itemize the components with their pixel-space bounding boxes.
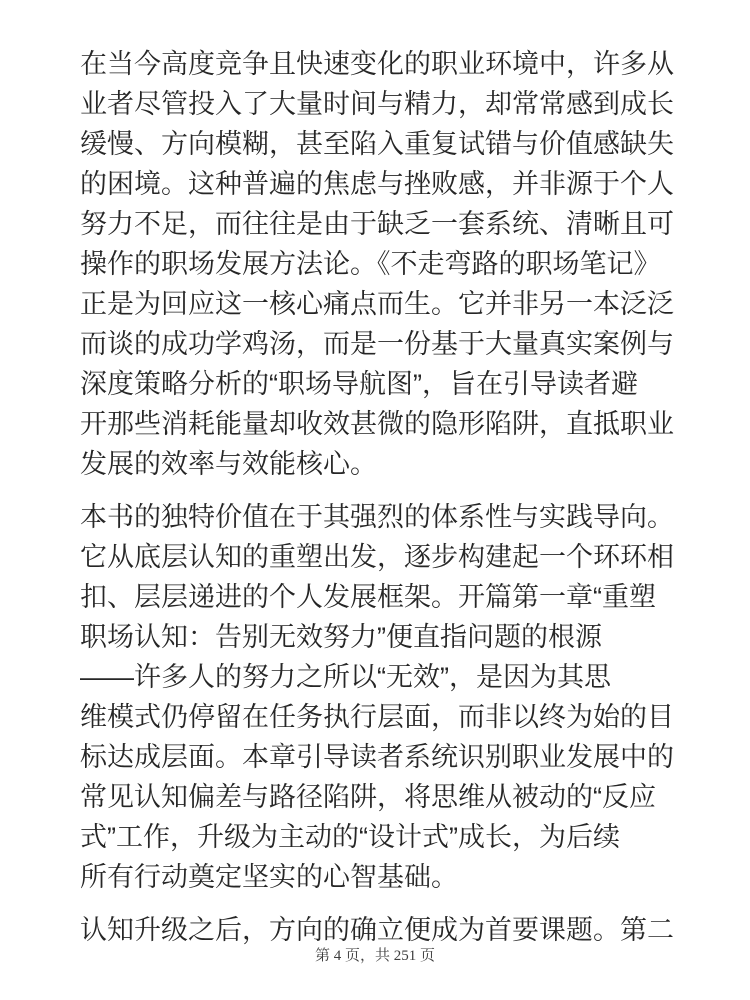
page-number-indicator: 第 4 页，共 251 页 — [0, 946, 750, 966]
paragraph-3: 认知升级之后，方向的确立便成为首要课题。第二 — [80, 910, 676, 950]
text-line: 业者尽管投入了大量时间与精力，却常常感到成长 — [80, 84, 676, 124]
paragraph-2: 本书的独特价值在于其强烈的体系性与实践导向。 它从底层认知的重塑出发，逐步构建起… — [80, 497, 676, 897]
text-line: 它从底层认知的重塑出发，逐步构建起一个环环相 — [80, 537, 676, 577]
text-line: 职场认知：告别无效努力”便直指问题的根源 — [80, 617, 676, 657]
text-line: 所有行动奠定坚实的心智基础。 — [80, 857, 676, 897]
text-line: 操作的职场发展方法论。《不走弯路的职场笔记》 — [80, 244, 676, 284]
text-line: 缓慢、方向模糊，甚至陷入重复试错与价值感缺失 — [80, 124, 676, 164]
text-line: 标达成层面。本章引导读者系统识别职业发展中的 — [80, 737, 676, 777]
text-line: 深度策略分析的“职场导航图”，旨在引导读者避 — [80, 364, 676, 404]
text-line: 认知升级之后，方向的确立便成为首要课题。第二 — [80, 910, 676, 950]
text-line: 式”工作，升级为主动的“设计式”成长，为后续 — [80, 817, 676, 857]
document-body: 在当今高度竞争且快速变化的职业环境中，许多从 业者尽管投入了大量时间与精力，却常… — [80, 44, 676, 963]
text-line: 在当今高度竞争且快速变化的职业环境中，许多从 — [80, 44, 676, 84]
text-line: 发展的效率与效能核心。 — [80, 444, 676, 484]
text-line: 开那些消耗能量却收效甚微的隐形陷阱，直抵职业 — [80, 404, 676, 444]
text-line: 而谈的成功学鸡汤，而是一份基于大量真实案例与 — [80, 324, 676, 364]
document-page: 在当今高度竞争且快速变化的职业环境中，许多从 业者尽管投入了大量时间与精力，却常… — [0, 0, 750, 1000]
text-line: 的困境。这种普遍的焦虑与挫败感，并非源于个人 — [80, 164, 676, 204]
text-line: 维模式仍停留在任务执行层面，而非以终为始的目 — [80, 697, 676, 737]
text-line: 正是为回应这一核心痛点而生。它并非另一本泛泛 — [80, 284, 676, 324]
paragraph-1: 在当今高度竞争且快速变化的职业环境中，许多从 业者尽管投入了大量时间与精力，却常… — [80, 44, 676, 484]
text-line: ——许多人的努力之所以“无效”，是因为其思 — [80, 657, 676, 697]
text-line: 常见认知偏差与路径陷阱，将思维从被动的“反应 — [80, 777, 676, 817]
text-line: 本书的独特价值在于其强烈的体系性与实践导向。 — [80, 497, 676, 537]
text-line: 努力不足，而往往是由于缺乏一套系统、清晰且可 — [80, 204, 676, 244]
text-line: 扣、层层递进的个人发展框架。开篇第一章“重塑 — [80, 577, 676, 617]
